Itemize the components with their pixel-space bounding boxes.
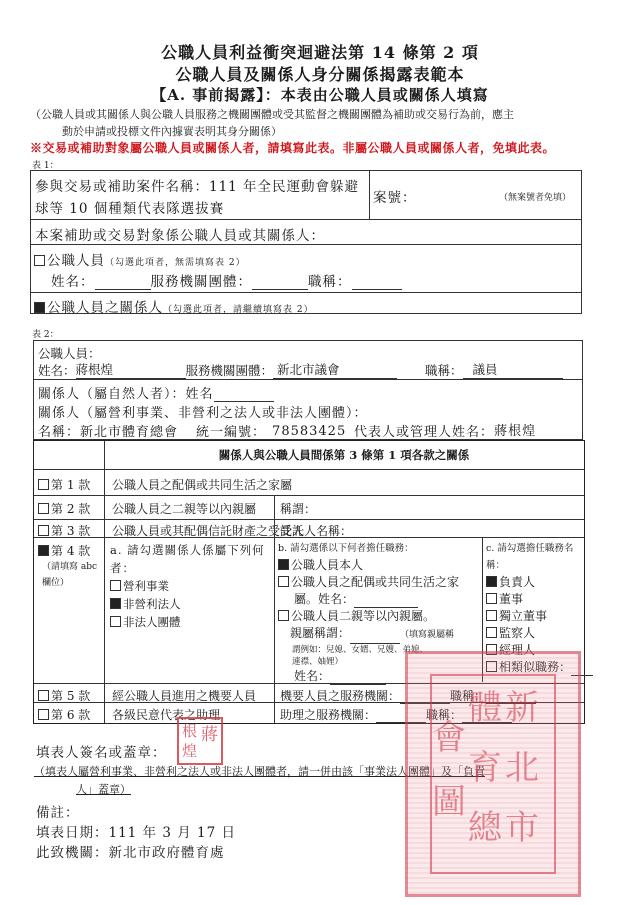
case-name-value[interactable]: 111 年全民運動會躲避 — [209, 179, 359, 195]
clause-3-desc: 公職人員或其配偶信託財產之受託人 — [112, 522, 304, 539]
clause-3-checkbox[interactable] — [38, 525, 49, 536]
clause-5-desc: 經公職人員進用之機要人員 — [112, 687, 256, 704]
col-c-title: c. 請勾選擔任職務名稱： — [486, 540, 584, 574]
official-title-value[interactable]: 議員 — [463, 360, 563, 379]
self-label: 公職人員本人 — [291, 558, 363, 572]
clause-1-label: 第 1 款 — [51, 478, 90, 492]
case-no-label: 案號： — [373, 186, 417, 206]
unincorporated-checkbox[interactable] — [110, 616, 121, 627]
unincorporated-label: 非法人團體 — [123, 615, 181, 629]
form-subtitle: 【A. 事前揭露】：本表由公職人員或關係人填寫 — [0, 84, 640, 105]
independent-director-label: 獨立董事 — [499, 609, 547, 623]
col-b-option-kin[interactable]: 公職人員二親等以內親屬。 — [278, 608, 482, 625]
target-label: 本案補助或交易對象係公職人員或其關係人： — [35, 224, 325, 244]
relative-natural-row: 關係人（屬自然人者）：姓名 — [38, 383, 274, 402]
case-no-hint: （無案號者免填） — [499, 190, 571, 203]
seal-char-1: 蔣 — [201, 720, 218, 745]
remarks-label: 備註： — [36, 801, 80, 821]
recipient-label: 此致機關： — [36, 845, 109, 861]
official-agency-value[interactable]: 新北市議會 — [273, 360, 397, 379]
relation-header: 關係人與公職人員間係第 3 條第 1 項各款之關係 — [104, 447, 584, 463]
official-label: 公職人員 — [47, 253, 105, 269]
official-checkbox[interactable] — [34, 255, 45, 266]
option-relative[interactable]: 公職人員之關係人（勾選此項者，請繼續填寫表 2） — [34, 296, 314, 316]
kin-title-label: 親屬稱謂： — [290, 626, 350, 640]
date-value[interactable]: 111 年 3 月 17 日 — [109, 825, 237, 841]
clause-4[interactable]: 第 4 款 — [38, 542, 90, 559]
col-c-option-supervisor[interactable]: 監察人 — [486, 625, 584, 642]
rep-label: 代表人或管理人姓名： — [354, 425, 494, 440]
date-row: 填表日期：111 年 3 月 17 日 — [36, 821, 236, 841]
supervisor-checkbox[interactable] — [486, 627, 497, 638]
independent-director-checkbox[interactable] — [486, 610, 497, 621]
personal-seal-stamp: 蔣 根 煌 — [177, 717, 223, 765]
org-name-value[interactable]: 新北市體育總會 — [80, 425, 178, 440]
clause-2-title-label[interactable]: 稱謂： — [280, 500, 316, 517]
clause-2-checkbox[interactable] — [38, 503, 49, 514]
clause-2-desc: 公職人員之二親等以內親屬 — [112, 500, 256, 517]
recipient-row: 此致機關：新北市政府體育處 — [36, 841, 225, 861]
col-b-option-spouse[interactable]: 公職人員之配偶或共同生活之家 — [278, 574, 482, 591]
relative-org-row: 名稱：新北市體育總會統一編號：78583425代表人或管理人姓名：蔣根煌 — [38, 420, 536, 440]
form-title: 公職人員及關係人身分關係揭露表範本 — [0, 62, 640, 85]
col-a-option-for-profit[interactable]: 營利事業 — [110, 577, 270, 595]
nonprofit-checkbox[interactable] — [110, 598, 121, 609]
clause-6-agency-label: 助理之服務機關： — [280, 708, 376, 722]
official-title-label: 職稱： — [425, 363, 463, 378]
agency-label: 服務機關團體： — [151, 274, 253, 290]
case-name-value-cont[interactable]: 球等 10 個種類代表隊選拔賽 — [35, 197, 224, 217]
spouse-name-field[interactable] — [354, 594, 418, 608]
col-a-title: a. 請勾選關係人係屬下列何者： — [110, 541, 270, 577]
spouse-name-row: 屬。姓名： — [278, 591, 482, 608]
date-label: 填表日期： — [36, 825, 109, 841]
name-field[interactable] — [95, 275, 151, 290]
relative-org-label: 關係人（屬營利事業、非營利之法人或非法人團體）： — [38, 402, 368, 421]
col-a: a. 請勾選關係人係屬下列何者： 營利事業 非營利法人 非法人團體 — [110, 541, 270, 631]
signature-note-2: 人」蓋章） — [76, 781, 131, 797]
relative-natural-label: 關係人（屬自然人者）：姓名 — [38, 387, 214, 402]
kin-name-label: 姓名： — [294, 669, 330, 683]
title-field[interactable] — [352, 275, 402, 290]
official-name-value[interactable]: 蔣根煌 — [76, 360, 186, 379]
clause-3-label: 第 3 款 — [51, 524, 90, 538]
responsible-checkbox[interactable] — [486, 576, 497, 587]
official-agency-label: 服務機關團體： — [186, 363, 274, 378]
relative-hint: （勾選此項者，請繼續填寫表 2） — [163, 305, 314, 315]
warning-text: ※交易或補助對象屬公職人員或關係人者，請填寫此表。非屬公職人員或關係人者，免填此… — [30, 139, 555, 156]
col-c-option-director[interactable]: 董事 — [486, 591, 584, 608]
spouse-name-label: 屬。姓名： — [294, 592, 354, 606]
form-title-law: 公職人員利益衝突迴避法第 14 條第 2 項 — [0, 40, 640, 63]
intro-note-1: （公職人員或其關係人與公職人員服務之機關團體或受其監督之機關團體為補助或交易行為… — [30, 106, 514, 122]
clause-6-checkbox[interactable] — [38, 709, 49, 720]
case-name-label: 參與交易或補助案件名稱： — [35, 179, 209, 195]
clause-2-label: 第 2 款 — [51, 502, 90, 516]
clause-5[interactable]: 第 5 款 — [38, 687, 90, 704]
clause-1-checkbox[interactable] — [38, 479, 49, 490]
clause-5-agency-label: 機要人員之服務機關： — [280, 689, 400, 703]
option-official[interactable]: 公職人員（勾選此項者，無需填寫表 2） — [34, 249, 246, 269]
clause-3-trustee-label[interactable]: 受託人名稱： — [280, 522, 352, 539]
table2-label: 表 2： — [32, 327, 59, 340]
clause-4-checkbox[interactable] — [38, 545, 49, 556]
nonprofit-label: 非營利法人 — [123, 597, 181, 611]
col-b-title: b. 請勾選係以下何者擔任職務： — [278, 540, 482, 557]
clause-6-label: 第 6 款 — [51, 708, 90, 722]
clause-1-desc: 公職人員之配偶或共同生活之家屬 — [112, 476, 292, 493]
rep-value[interactable]: 蔣根煌 — [494, 420, 536, 440]
recipient-value[interactable]: 新北市政府體育處 — [109, 845, 225, 861]
organization-seal-stamp: 新 北 市 體 育 總 會 圖 — [405, 651, 581, 897]
for-profit-label: 營利事業 — [123, 579, 169, 593]
clause-3[interactable]: 第 3 款 — [38, 522, 90, 539]
kin-title-row: 親屬稱謂：（填寫親屬稱 — [278, 625, 482, 644]
intro-note-2: 動於申請或投標文件內據實表明其身分關係） — [62, 123, 282, 139]
spouse-checkbox[interactable] — [278, 576, 289, 587]
col-a-option-nonprofit[interactable]: 非營利法人 — [110, 595, 270, 613]
title-label: 職稱： — [308, 274, 352, 290]
official-name-label: 姓名： — [38, 363, 76, 378]
clause-1[interactable]: 第 1 款 — [38, 476, 90, 493]
agency-field[interactable] — [252, 275, 308, 290]
official-info-row: 姓名：蔣根煌服務機關團體：新北市議會職稱：議員 — [38, 360, 563, 379]
director-label: 董事 — [499, 592, 523, 606]
case-name-row1: 參與交易或補助案件名稱：111 年全民運動會躲避 — [35, 175, 359, 195]
tax-id-value[interactable]: 78583425 — [266, 424, 354, 440]
spouse-label: 公職人員之配偶或共同生活之家 — [291, 575, 459, 589]
for-profit-checkbox[interactable] — [110, 580, 121, 591]
kin-checkbox[interactable] — [278, 610, 289, 621]
name-label: 姓名： — [51, 274, 95, 290]
table2-info: 公職人員： 姓名：蔣根煌服務機關團體：新北市議會職稱：議員 關係人（屬自然人者）… — [33, 340, 583, 440]
col-c-option-independent-director[interactable]: 獨立董事 — [486, 608, 584, 625]
relative-checkbox[interactable] — [34, 302, 45, 313]
kin-title-field[interactable] — [350, 630, 400, 644]
director-checkbox[interactable] — [486, 593, 497, 604]
tax-id-label: 統一編號： — [196, 425, 266, 440]
supervisor-label: 監察人 — [499, 626, 535, 640]
clause-2[interactable]: 第 2 款 — [38, 500, 90, 517]
col-c-option-responsible[interactable]: 負責人 — [486, 574, 584, 591]
official-hint: （勾選此項者，無需填寫表 2） — [105, 258, 246, 268]
responsible-label: 負責人 — [499, 575, 535, 589]
org-name-label: 名稱： — [38, 425, 80, 440]
official-details-row: 姓名：服務機關團體：職稱： — [51, 270, 402, 290]
signature-label: 填表人簽名或蓋章： — [36, 741, 167, 761]
seal-char-3: 煌 — [182, 740, 197, 761]
kin-name-field[interactable] — [330, 671, 386, 685]
self-checkbox[interactable] — [278, 559, 289, 570]
relative-label: 公職人員之關係人 — [47, 300, 163, 316]
clause-6[interactable]: 第 6 款 — [38, 706, 90, 723]
table1: 參與交易或補助案件名稱：111 年全民運動會躲避 球等 10 個種類代表隊選拔賽… — [30, 170, 582, 314]
relative-natural-name-field[interactable] — [214, 387, 274, 402]
clause-5-checkbox[interactable] — [38, 690, 49, 701]
kin-label: 公職人員二親等以內親屬。 — [291, 609, 435, 623]
clause-4-label: 第 4 款 — [51, 544, 90, 558]
col-b-option-self[interactable]: 公職人員本人 — [278, 557, 482, 574]
seal-char-2: 根 — [182, 720, 197, 741]
col-a-option-unincorporated[interactable]: 非法人團體 — [110, 613, 270, 631]
clause-4-hint: （請填寫 abc 欄位） — [42, 559, 100, 591]
kin-hint: （填寫親屬稱 — [400, 630, 454, 640]
clause-5-label: 第 5 款 — [51, 689, 90, 703]
